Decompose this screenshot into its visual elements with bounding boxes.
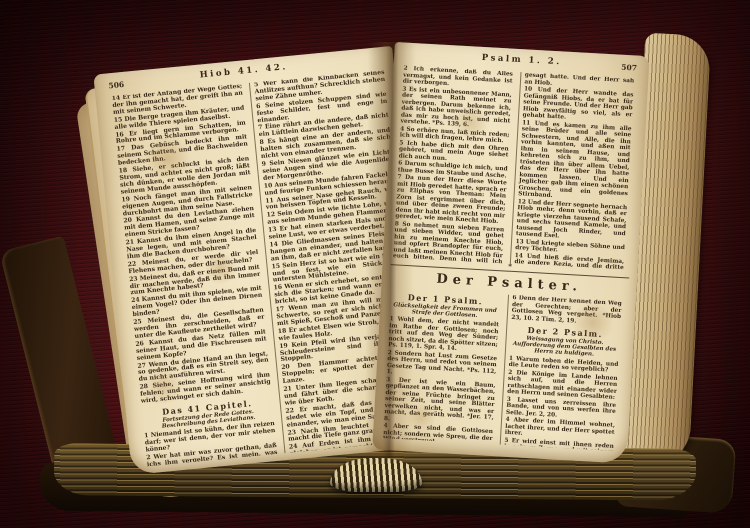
verse-line: 11 Und es kamen zu ihm alle seine Brüder… xyxy=(518,120,632,204)
verses-psalm1-continued: 6 Denn der Herr kennet den Weg der Gerec… xyxy=(511,295,622,327)
photograph-antique-bible: 506 Hiob 41. 42. 14 Er ist der Anfang de… xyxy=(0,0,750,528)
left-page-column-1: 14 Er ist der Anfang der Wege Gottes; de… xyxy=(112,84,278,467)
psalm-columns: Der 1 Psalm. Glückseligkeit der Frommen … xyxy=(373,286,636,452)
verse-line: 3 Es ist ein unbesonnener Mann, der sein… xyxy=(400,86,512,131)
verses-job40: 14 Er ist der Anfang der Wege Gottes; de… xyxy=(112,84,272,406)
verses-job42-end: gesagt hatte. Und der Herr sah an Hiob.1… xyxy=(510,72,635,270)
psalm-column-2: 6 Denn der Herr kennet den Weg der Gerec… xyxy=(499,295,622,451)
verses-psalm1: 1 Wohl dem, der nicht wandelt im Rathe d… xyxy=(383,317,499,445)
job-42-columns: 2 Ich erkenne, daß du Alles vermagst, un… xyxy=(383,63,648,271)
page-number: 507 xyxy=(621,63,637,73)
verse-line: 8 So nehmet nun sieben Farren und sieben… xyxy=(393,221,504,264)
psalm-column-1: Der 1 Psalm. Glückseligkeit der Frommen … xyxy=(383,288,501,444)
verses-psalm2: 1 Warum toben die Heiden, und die Leute … xyxy=(502,355,619,450)
verse-line: 12 Und der Herr segnete hernach Hiob meh… xyxy=(516,199,628,244)
verses-job42: 2 Ich erkenne, daß du Alles vermagst, un… xyxy=(393,66,513,264)
verse-line: 3 Der ist wie ein Baum, gepflanzet an de… xyxy=(384,377,496,429)
page-number: 506 xyxy=(108,80,124,90)
verse-line: 10 Und der Herr wandte das Gefängniß Hio… xyxy=(522,86,633,125)
verse-line: 6 Denn der Herr kennet den Weg der Gerec… xyxy=(511,295,622,327)
verse-line: 7 Da nun der Herr diese Worte mit Hiob g… xyxy=(395,174,507,226)
right-page: Psalm 1. 2. 507 2 Ich erkenne, daß du Al… xyxy=(372,42,649,464)
right-page-job-column-2: gesagt hatte. Und der Herr sah an Hiob.1… xyxy=(509,72,634,270)
right-page-job-column-1: 2 Ich erkenne, daß du Alles vermagst, un… xyxy=(393,66,513,264)
verse-line: 1 Wohl dem, der nicht wandelt im Rathe d… xyxy=(388,317,499,356)
